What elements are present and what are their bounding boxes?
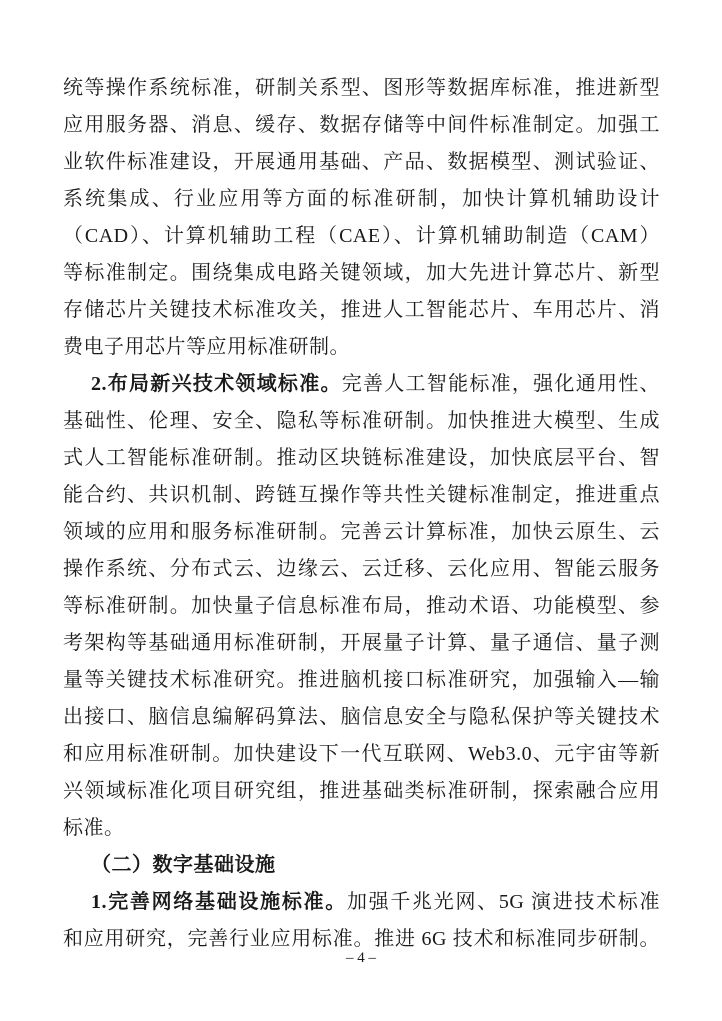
text-line: 系统集成、行业应用等方面的标准研制，加快计算机辅助设计	[63, 181, 660, 218]
text-line: 出接口、脑信息编解码算法、脑信息安全与隐私保护等关键技术	[63, 699, 660, 736]
body-text: 能合约、共识机制、跨链互操作等共性关键标准制定，推进重点	[63, 484, 660, 506]
body-text: 领域的应用和服务标准研制。完善云计算标准，加快云原生、云	[63, 521, 660, 543]
body-text: 兴领域标准化项目研究组，推进基础类标准研制，探索融合应用	[63, 780, 660, 802]
text-line: 兴领域标准化项目研究组，推进基础类标准研制，探索融合应用	[63, 773, 660, 810]
text-line: 量等关键技术标准研究。推进脑机接口标准研究，加强输入—输	[63, 662, 660, 699]
text-line: 等标准研制。加快量子信息标准布局，推动术语、功能模型、参	[63, 588, 660, 625]
body-text: 标准。	[63, 817, 125, 839]
text-line: 应用服务器、消息、缓存、数据存储等中间件标准制定。加强工	[63, 107, 660, 144]
body-text: 存储芯片关键技术标准攻关，推进人工智能芯片、车用芯片、消	[63, 299, 660, 321]
body-text: 完善人工智能标准，强化通用性、	[342, 373, 660, 395]
body-text: 等标准研制。加快量子信息标准布局，推动术语、功能模型、参	[63, 595, 660, 617]
body-text: 系统集成、行业应用等方面的标准研制，加快计算机辅助设计	[63, 188, 660, 210]
text-line: 费电子用芯片等应用标准研制。	[63, 329, 660, 366]
text-line: 2.布局新兴技术领域标准。完善人工智能标准，强化通用性、	[63, 366, 660, 403]
body-text: （CAD）、计算机辅助工程（CAE）、计算机辅助制造（CAM）	[63, 225, 660, 247]
text-line: 能合约、共识机制、跨链互操作等共性关键标准制定，推进重点	[63, 477, 660, 514]
page-number: – 4 –	[346, 950, 376, 966]
body-text: 加强千兆光网、5G 演进技术标准	[347, 891, 660, 913]
document-page: 统等操作系统标准，研制关系型、图形等数据库标准，推进新型应用服务器、消息、缓存、…	[0, 0, 722, 1021]
text-line: 考架构等基础通用标准研制，开展量子计算、量子通信、量子测	[63, 625, 660, 662]
text-line: 操作系统、分布式云、边缘云、云迁移、云化应用、智能云服务	[63, 551, 660, 588]
text-line: 存储芯片关键技术标准攻关，推进人工智能芯片、车用芯片、消	[63, 292, 660, 329]
text-line: 和应用标准研制。加快建设下一代互联网、Web3.0、元宇宙等新	[63, 736, 660, 773]
text-line: 业软件标准建设，开展通用基础、产品、数据模型、测试验证、	[63, 144, 660, 181]
text-line: 等标准制定。围绕集成电路关键领域，加大先进计算芯片、新型	[63, 255, 660, 292]
body-text: 应用服务器、消息、缓存、数据存储等中间件标准制定。加强工	[63, 114, 660, 136]
page-footer: – 4 –	[0, 950, 722, 967]
text-line: 统等操作系统标准，研制关系型、图形等数据库标准，推进新型	[63, 70, 660, 107]
text-line: （二）数字基础设施	[63, 847, 660, 884]
text-line: 标准。	[63, 810, 660, 847]
text-line: 领域的应用和服务标准研制。完善云计算标准，加快云原生、云	[63, 514, 660, 551]
body-text: 统等操作系统标准，研制关系型、图形等数据库标准，推进新型	[63, 77, 660, 99]
text-line: 式人工智能标准研制。推动区块链标准建设，加快底层平台、智	[63, 440, 660, 477]
heading-text: 1.完善网络基础设施标准。	[91, 891, 347, 913]
body-text: 等标准制定。围绕集成电路关键领域，加大先进计算芯片、新型	[63, 262, 660, 284]
text-line: （CAD）、计算机辅助工程（CAE）、计算机辅助制造（CAM）	[63, 218, 660, 255]
document-body: 统等操作系统标准，研制关系型、图形等数据库标准，推进新型应用服务器、消息、缓存、…	[63, 70, 660, 958]
body-text: 费电子用芯片等应用标准研制。	[63, 336, 350, 358]
body-text: 式人工智能标准研制。推动区块链标准建设，加快底层平台、智	[63, 447, 660, 469]
text-line: 基础性、伦理、安全、隐私等标准研制。加快推进大模型、生成	[63, 403, 660, 440]
body-text: 考架构等基础通用标准研制，开展量子计算、量子通信、量子测	[63, 632, 660, 654]
body-text: 业软件标准建设，开展通用基础、产品、数据模型、测试验证、	[63, 151, 660, 173]
body-text: 操作系统、分布式云、边缘云、云迁移、云化应用、智能云服务	[63, 558, 660, 580]
text-line: 1.完善网络基础设施标准。加强千兆光网、5G 演进技术标准	[63, 884, 660, 921]
heading-text: （二）数字基础设施	[91, 854, 276, 876]
body-text: 和应用研究，完善行业应用标准。推进 6G 技术和标准同步研制。	[63, 928, 660, 950]
body-text: 和应用标准研制。加快建设下一代互联网、Web3.0、元宇宙等新	[63, 743, 660, 765]
heading-text: 2.布局新兴技术领域标准。	[91, 373, 342, 395]
body-text: 量等关键技术标准研究。推进脑机接口标准研究，加强输入—输	[63, 669, 660, 691]
body-text: 基础性、伦理、安全、隐私等标准研制。加快推进大模型、生成	[63, 410, 660, 432]
body-text: 出接口、脑信息编解码算法、脑信息安全与隐私保护等关键技术	[63, 706, 660, 728]
